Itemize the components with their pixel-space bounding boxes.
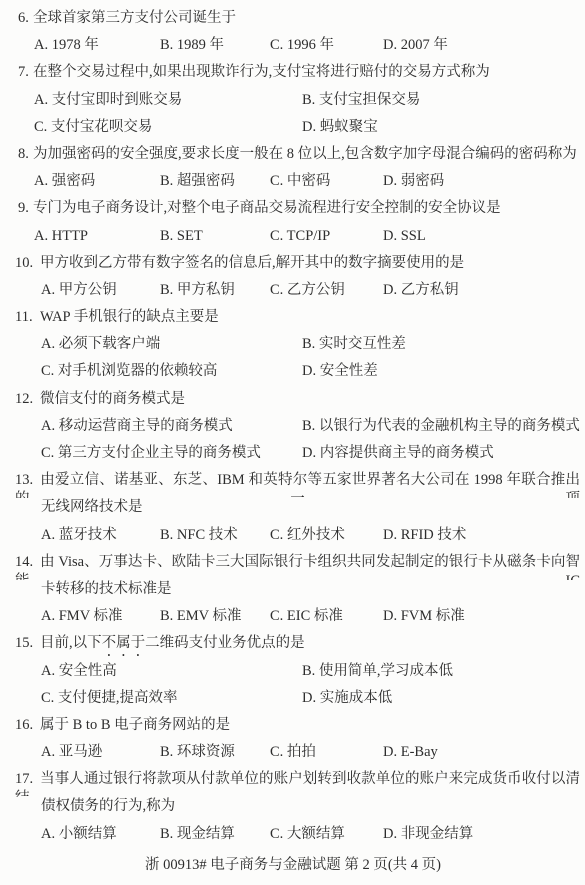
option-label: B.: [160, 826, 173, 842]
option-c: C. 1996 年: [270, 36, 334, 55]
question-number: 16.: [15, 716, 40, 735]
question-number: 10.: [15, 254, 40, 273]
option-row: A. 安全性高B. 使用简单,学习成本低: [8, 662, 578, 689]
option-label: D.: [383, 37, 397, 53]
question-text: 专门为电子商务设计,对整个电子商品交易流程进行安全控制的安全协议是: [33, 200, 501, 216]
question-10: 10.甲方收到乙方带有数字签名的信息后,解开其中的数字摘要使用的是A. 甲方公钥…: [8, 254, 578, 308]
option-row: C. 对手机浏览器的依赖较高D. 安全性差: [8, 362, 578, 389]
question-17: 17.当事人通过银行将款项从付款单位的账户划转到收款单位的账户来完成货币收付以清…: [8, 770, 578, 852]
question-stem: 17.当事人通过银行将款项从付款单位的账户划转到收款单位的账户来完成货币收付以清…: [8, 770, 580, 797]
option-c: C. 大额结算: [270, 825, 345, 844]
option-text: HTTP: [52, 228, 88, 244]
option-a: A. 蓝牙技术: [41, 526, 117, 545]
option-text: 支付便捷,提高效率: [58, 690, 178, 706]
emphasized-char: 于: [131, 634, 146, 653]
option-text: 以银行为代表的金融机构主导的商务模式: [319, 418, 580, 434]
option-text: 安全性差: [320, 363, 378, 379]
option-a: A. FMV 标准: [41, 607, 123, 626]
question-text: 债权债务的行为,称为: [41, 798, 175, 814]
option-d: D. RFID 技术: [383, 526, 466, 545]
option-row: A. 蓝牙技术B. NFC 技术C. 红外技术D. RFID 技术: [8, 526, 578, 553]
option-text: FMV 标准: [59, 608, 123, 624]
option-row: C. 第三方支付企业主导的商务模式D. 内容提供商主导的商务模式: [8, 444, 578, 471]
option-row: A. 小额结算B. 现金结算C. 大额结算D. 非现金结算: [8, 825, 578, 852]
option-label: B.: [302, 663, 315, 679]
question-text: 全球首家第三方支付公司诞生于: [33, 10, 236, 26]
question-text: 微信支付的商务模式是: [40, 391, 185, 407]
option-label: D.: [302, 690, 316, 706]
option-b: B. EMV 标准: [160, 607, 242, 626]
question-list: 6.全球首家第三方支付公司诞生于A. 1978 年B. 1989 年C. 199…: [8, 9, 578, 852]
option-label: A.: [41, 282, 55, 298]
option-text: 亚马逊: [59, 744, 103, 760]
question-number: 14.: [15, 553, 40, 572]
question-text: 由 Visa、万事达卡、欧陆卡三大国际银行卡组织共同发起制定的银行卡从磁条卡向智…: [15, 554, 580, 580]
option-text: 对手机浏览器的依赖较高: [58, 363, 218, 379]
option-text: 1989 年: [177, 37, 224, 53]
emphasized-char: 属: [116, 634, 131, 653]
option-label: C.: [41, 445, 54, 461]
option-label: D.: [302, 363, 316, 379]
option-d: D. 实施成本低: [302, 689, 392, 708]
option-label: C.: [34, 119, 47, 135]
option-label: D.: [383, 744, 397, 760]
option-b: B. 使用简单,学习成本低: [302, 662, 453, 681]
question-number: 13.: [15, 471, 40, 490]
option-text: 拍拍: [287, 744, 316, 760]
question-text: 甲方收到乙方带有数字签名的信息后,解开其中的数字摘要使用的是: [40, 255, 464, 271]
question-8: 8.为加强密码的安全强度,要求长度一般在 8 位以上,包含数字加字母混合编码的密…: [8, 145, 578, 199]
option-label: B.: [160, 228, 173, 244]
option-text: 使用简单,学习成本低: [319, 663, 453, 679]
option-text: 甲方公钥: [59, 282, 117, 298]
option-text: 强密码: [52, 173, 96, 189]
question-6: 6.全球首家第三方支付公司诞生于A. 1978 年B. 1989 年C. 199…: [8, 9, 578, 63]
option-label: C.: [270, 173, 283, 189]
option-text: 移动运营商主导的商务模式: [59, 418, 233, 434]
option-c: C. 支付便捷,提高效率: [41, 689, 178, 708]
question-number: 8.: [18, 145, 33, 164]
question-16: 16.属于 B to B 电子商务网站的是A. 亚马逊B. 环球资源C. 拍拍D…: [8, 716, 578, 770]
option-b: B. 实时交互性差: [302, 335, 406, 354]
question-text: WAP 手机银行的缺点主要是: [40, 309, 219, 325]
question-text: 在整个交易过程中,如果出现欺诈行为,支付宝将进行赔付的交易方式称为: [33, 64, 490, 80]
question-stem: 13.由爱立信、诺基亚、东芝、IBM 和英特尔等五家世界著名大公司在 1998 …: [8, 471, 580, 498]
question-stem-continued: 卡转移的技术标准是: [8, 580, 578, 607]
option-label: D.: [383, 527, 397, 543]
option-d: D. 非现金结算: [383, 825, 473, 844]
option-label: C.: [270, 608, 283, 624]
question-12: 12.微信支付的商务模式是A. 移动运营商主导的商务模式B. 以银行为代表的金融…: [8, 390, 578, 472]
page-footer: 浙 00913# 电子商务与金融试题 第 2 页(共 4 页): [8, 856, 578, 880]
question-7: 7.在整个交易过程中,如果出现欺诈行为,支付宝将进行赔付的交易方式称为A. 支付…: [8, 63, 578, 145]
option-text: 支付宝担保交易: [319, 92, 421, 108]
option-text: SSL: [401, 228, 426, 244]
option-text: NFC 技术: [177, 527, 238, 543]
option-label: A.: [34, 173, 48, 189]
option-text: 第三方支付企业主导的商务模式: [58, 445, 261, 461]
option-label: D.: [383, 608, 397, 624]
question-text: 卡转移的技术标准是: [41, 581, 172, 597]
option-row: A. 支付宝即时到账交易B. 支付宝担保交易: [8, 91, 578, 118]
option-label: C.: [270, 37, 283, 53]
option-row: A. 移动运营商主导的商务模式B. 以银行为代表的金融机构主导的商务模式: [8, 417, 578, 444]
option-d: D. 2007 年: [383, 36, 448, 55]
option-d: D. 内容提供商主导的商务模式: [302, 444, 494, 463]
option-label: A.: [41, 527, 55, 543]
option-b: B. 支付宝担保交易: [302, 91, 420, 110]
question-14: 14.由 Visa、万事达卡、欧陆卡三大国际银行卡组织共同发起制定的银行卡从磁条…: [8, 553, 578, 635]
question-number: 17.: [15, 770, 40, 789]
question-number: 9.: [18, 199, 33, 218]
question-number: 6.: [18, 9, 33, 28]
option-label: C.: [270, 826, 283, 842]
option-text: 支付宝花呗交易: [51, 119, 153, 135]
question-stem: 16.属于 B to B 电子商务网站的是: [8, 716, 578, 743]
option-text: 必须下载客户端: [59, 336, 161, 352]
question-number: 11.: [15, 308, 40, 327]
option-label: A.: [41, 826, 55, 842]
option-text: 乙方公钥: [287, 282, 345, 298]
option-text: 2007 年: [401, 37, 448, 53]
question-stem: 6.全球首家第三方支付公司诞生于: [8, 9, 578, 36]
option-text: E-Bay: [401, 744, 438, 760]
option-row: A. 1978 年B. 1989 年C. 1996 年D. 2007 年: [8, 36, 578, 63]
option-c: C. 第三方支付企业主导的商务模式: [41, 444, 261, 463]
option-label: C.: [270, 527, 283, 543]
option-a: A. 小额结算: [41, 825, 117, 844]
option-label: C.: [41, 690, 54, 706]
option-label: B.: [160, 608, 173, 624]
option-label: A.: [41, 336, 55, 352]
option-a: A. 甲方公钥: [41, 281, 117, 300]
option-a: A. 强密码: [34, 172, 95, 191]
option-label: A.: [34, 228, 48, 244]
option-text: 实时交互性差: [319, 336, 406, 352]
option-c: C. 对手机浏览器的依赖较高: [41, 362, 217, 381]
option-c: C. 中密码: [270, 172, 330, 191]
question-number: 15.: [15, 634, 40, 653]
option-label: D.: [302, 445, 316, 461]
option-d: D. 乙方私钥: [383, 281, 459, 300]
option-b: B. 环球资源: [160, 743, 235, 762]
option-d: D. 安全性差: [302, 362, 378, 381]
option-d: D. SSL: [383, 227, 426, 246]
option-text: EIC 标准: [287, 608, 343, 624]
option-label: C.: [270, 282, 283, 298]
option-b: B. 甲方私钥: [160, 281, 235, 300]
option-text: 中密码: [287, 173, 331, 189]
option-a: A. 移动运营商主导的商务模式: [41, 417, 233, 436]
option-text: 环球资源: [177, 744, 235, 760]
option-b: B. 现金结算: [160, 825, 235, 844]
option-label: D.: [383, 282, 397, 298]
option-text: FVM 标准: [401, 608, 465, 624]
emphasized-char: 不: [102, 634, 117, 653]
option-b: B. 以银行为代表的金融机构主导的商务模式: [302, 417, 580, 436]
question-text: 属于 B to B 电子商务网站的是: [40, 717, 230, 733]
option-label: B.: [160, 744, 173, 760]
option-text: 蚂蚁聚宝: [320, 119, 378, 135]
option-text: 大额结算: [287, 826, 345, 842]
option-label: B.: [302, 92, 315, 108]
option-b: B. NFC 技术: [160, 526, 238, 545]
option-b: B. 1989 年: [160, 36, 224, 55]
option-label: D.: [383, 826, 397, 842]
question-text: 当事人通过银行将款项从付款单位的账户划转到收款单位的账户来完成货币收付以清结: [15, 771, 580, 797]
option-row: A. FMV 标准B. EMV 标准C. EIC 标准D. FVM 标准: [8, 607, 578, 634]
option-label: D.: [383, 173, 397, 189]
option-text: 红外技术: [287, 527, 345, 543]
option-a: A. 必须下载客户端: [41, 335, 160, 354]
option-text: 蓝牙技术: [59, 527, 117, 543]
question-stem: 15.目前,以下不属于二维码支付业务优点的是: [8, 634, 578, 661]
option-row: A. HTTPB. SETC. TCP/IPD. SSL: [8, 227, 578, 254]
option-d: D. E-Bay: [383, 743, 438, 762]
question-stem-continued: 无线网络技术是: [8, 498, 578, 525]
option-label: B.: [160, 282, 173, 298]
question-stem: 11.WAP 手机银行的缺点主要是: [8, 308, 578, 335]
option-text: 乙方私钥: [401, 282, 459, 298]
exam-page: 6.全球首家第三方支付公司诞生于A. 1978 年B. 1989 年C. 199…: [0, 0, 585, 885]
option-label: D.: [383, 228, 397, 244]
emphasized-text: 不属于: [102, 635, 146, 651]
option-row: A. 强密码B. 超强密码C. 中密码D. 弱密码: [8, 172, 578, 199]
question-number: 7.: [18, 63, 33, 82]
question-13: 13.由爱立信、诺基亚、东芝、IBM 和英特尔等五家世界著名大公司在 1998 …: [8, 471, 578, 553]
question-15: 15.目前,以下不属于二维码支付业务优点的是A. 安全性高B. 使用简单,学习成…: [8, 634, 578, 716]
option-d: D. 弱密码: [383, 172, 444, 191]
question-stem: 10.甲方收到乙方带有数字签名的信息后,解开其中的数字摘要使用的是: [8, 254, 578, 281]
option-d: D. 蚂蚁聚宝: [302, 118, 378, 137]
option-text: 小额结算: [59, 826, 117, 842]
question-text: 目前,以下不属于二维码支付业务优点的是: [40, 635, 305, 651]
option-text: 超强密码: [177, 173, 235, 189]
option-label: A.: [41, 744, 55, 760]
option-c: C. 红外技术: [270, 526, 345, 545]
question-number: 12.: [15, 390, 40, 409]
option-label: B.: [302, 418, 315, 434]
option-text: 实施成本低: [320, 690, 393, 706]
question-stem: 12.微信支付的商务模式是: [8, 390, 578, 417]
option-label: B.: [160, 173, 173, 189]
option-row: A. 必须下载客户端B. 实时交互性差: [8, 335, 578, 362]
option-label: A.: [41, 608, 55, 624]
option-row: C. 支付宝花呗交易D. 蚂蚁聚宝: [8, 118, 578, 145]
option-a: A. 安全性高: [41, 662, 117, 681]
option-text: 支付宝即时到账交易: [52, 92, 183, 108]
question-stem: 8.为加强密码的安全强度,要求长度一般在 8 位以上,包含数字加字母混合编码的密…: [8, 145, 578, 172]
option-label: C.: [270, 744, 283, 760]
option-text: 甲方私钥: [177, 282, 235, 298]
option-a: A. 1978 年: [34, 36, 99, 55]
option-text: 非现金结算: [401, 826, 474, 842]
option-label: A.: [41, 663, 55, 679]
option-label: A.: [34, 37, 48, 53]
option-b: B. 超强密码: [160, 172, 235, 191]
option-d: D. FVM 标准: [383, 607, 465, 626]
option-c: C. EIC 标准: [270, 607, 343, 626]
option-a: A. 支付宝即时到账交易: [34, 91, 182, 110]
option-row: A. 亚马逊B. 环球资源C. 拍拍D. E-Bay: [8, 743, 578, 770]
question-text: 由爱立信、诺基亚、东芝、IBM 和英特尔等五家世界著名大公司在 1998 年联合…: [15, 472, 580, 498]
option-label: D.: [302, 119, 316, 135]
option-label: B.: [160, 37, 173, 53]
question-stem-continued: 债权债务的行为,称为: [8, 797, 578, 824]
option-label: C.: [270, 228, 283, 244]
option-label: B.: [302, 336, 315, 352]
option-b: B. SET: [160, 227, 203, 246]
option-text: 内容提供商主导的商务模式: [320, 445, 494, 461]
option-row: A. 甲方公钥B. 甲方私钥C. 乙方公钥D. 乙方私钥: [8, 281, 578, 308]
option-text: 弱密码: [401, 173, 445, 189]
option-text: 1978 年: [52, 37, 99, 53]
option-text: 1996 年: [287, 37, 334, 53]
option-text: SET: [177, 228, 203, 244]
question-stem: 14.由 Visa、万事达卡、欧陆卡三大国际银行卡组织共同发起制定的银行卡从磁条…: [8, 553, 580, 580]
option-label: C.: [41, 363, 54, 379]
option-text: TCP/IP: [287, 228, 331, 244]
option-c: C. TCP/IP: [270, 227, 330, 246]
option-c: C. 支付宝花呗交易: [34, 118, 152, 137]
option-text: 安全性高: [59, 663, 117, 679]
option-label: B.: [160, 527, 173, 543]
question-text: 为加强密码的安全强度,要求长度一般在 8 位以上,包含数字加字母混合编码的密码称…: [33, 146, 577, 162]
option-c: C. 拍拍: [270, 743, 316, 762]
question-stem: 9.专门为电子商务设计,对整个电子商品交易流程进行安全控制的安全协议是: [8, 199, 578, 226]
option-a: A. 亚马逊: [41, 743, 102, 762]
option-label: A.: [41, 418, 55, 434]
option-text: EMV 标准: [177, 608, 242, 624]
question-stem: 7.在整个交易过程中,如果出现欺诈行为,支付宝将进行赔付的交易方式称为: [8, 63, 578, 90]
option-a: A. HTTP: [34, 227, 88, 246]
question-11: 11.WAP 手机银行的缺点主要是A. 必须下载客户端B. 实时交互性差C. 对…: [8, 308, 578, 390]
question-9: 9.专门为电子商务设计,对整个电子商品交易流程进行安全控制的安全协议是A. HT…: [8, 199, 578, 253]
option-text: 现金结算: [177, 826, 235, 842]
option-c: C. 乙方公钥: [270, 281, 345, 300]
option-row: C. 支付便捷,提高效率D. 实施成本低: [8, 689, 578, 716]
question-text: 无线网络技术是: [41, 499, 143, 515]
option-text: RFID 技术: [401, 527, 467, 543]
option-label: A.: [34, 92, 48, 108]
